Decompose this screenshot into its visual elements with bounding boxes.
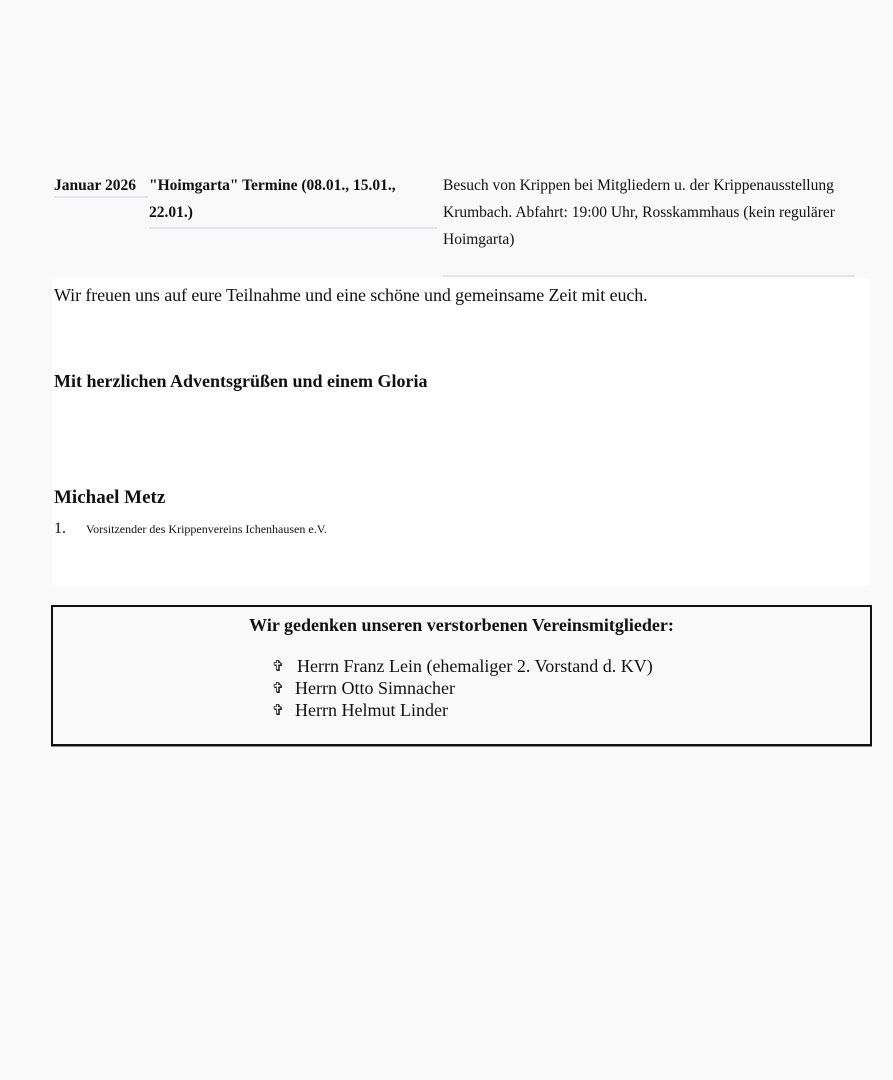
signer-name: Michael Metz: [54, 487, 165, 509]
memorial-item: ✞ Herrn Helmut Linder: [271, 699, 653, 721]
signer-role: 1. Vorsitzender des Krippenvereins Ichen…: [54, 520, 327, 538]
event-month: Januar 2026: [54, 172, 148, 198]
event-description: Besuch von Krippen bei Mitgliedern u. de…: [443, 172, 855, 277]
memorial-item: ✞ Herrn Otto Simnacher: [271, 677, 653, 699]
role-number: 1.: [54, 520, 86, 538]
member-name: Herrn Franz Lein (ehemaliger 2. Vorstand…: [297, 655, 653, 677]
member-name: Herrn Otto Simnacher: [295, 677, 455, 699]
memorial-list: ✞ Herrn Franz Lein (ehemaliger 2. Vorsta…: [271, 655, 653, 721]
cross-icon: ✞: [271, 677, 285, 699]
role-text: Vorsitzender des Krippenvereins Ichenhau…: [86, 522, 327, 537]
memorial-box: Wir gedenken unseren verstorbenen Verein…: [51, 605, 872, 746]
cross-icon: ✞: [271, 699, 285, 721]
event-title: "Hoimgarta" Termine (08.01., 15.01., 22.…: [149, 172, 437, 229]
member-name: Herrn Helmut Linder: [295, 699, 448, 721]
letter-panel: [52, 278, 870, 586]
memorial-title: Wir gedenken unseren verstorbenen Verein…: [53, 615, 870, 636]
greeting-text: Mit herzlichen Adventsgrüßen und einem G…: [54, 371, 428, 392]
intro-text: Wir freuen uns auf eure Teilnahme und ei…: [54, 285, 648, 306]
cross-icon: ✞: [271, 655, 285, 677]
memorial-item: ✞ Herrn Franz Lein (ehemaliger 2. Vorsta…: [271, 655, 653, 677]
